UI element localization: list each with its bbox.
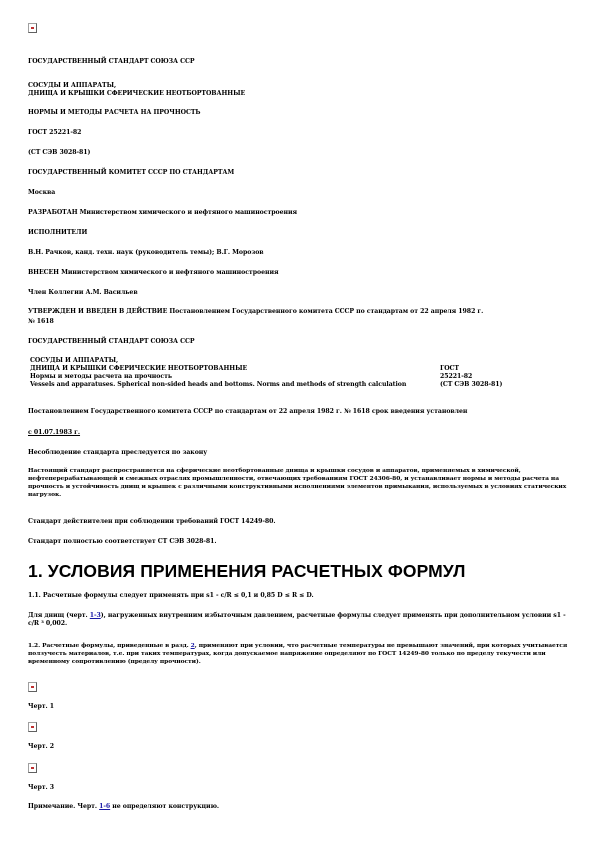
introduced-by: ВНЕСЕН Министерством химического и нефтя…	[28, 269, 279, 277]
broken-image-icon	[28, 763, 37, 773]
developed-text: Министерством химического и нефтяного ма…	[80, 209, 297, 216]
paragraph-1-1b: Для днищ (черт. 1-3), нагруженных внутре…	[28, 612, 568, 628]
stamp-title-line-3: Нормы и методы расчета на прочность	[30, 373, 430, 381]
note-pre: Примечание. Черт.	[28, 803, 99, 810]
figure-caption-1: Черт. 1	[28, 703, 54, 711]
decree-text: Постановлением Государственного комитета…	[28, 408, 467, 416]
title-line-2: ДНИЩА И КРЫШКИ СФЕРИЧЕСКИЕ НЕОТБОРТОВАНН…	[28, 90, 245, 98]
p1-1b-post: ), нагруженных внутренним избыточным дав…	[28, 612, 566, 627]
committee-name: ГОСУДАРСТВЕННЫЙ КОМИТЕТ СССР ПО СТАНДАРТ…	[28, 169, 234, 177]
paragraph-1-2: 1.2. Расчетные формулы, приведенные в ра…	[28, 642, 568, 666]
introduced-text: Министерством химического и нефтяного ма…	[61, 269, 278, 276]
stamp-gost-label: ГОСТ	[440, 365, 560, 373]
introduced-label: ВНЕСЕН	[28, 269, 59, 276]
note-line: Примечание. Черт. 1-6 не определяют конс…	[28, 803, 219, 811]
st-sev-number: (СТ СЭВ 3028-81)	[28, 149, 90, 157]
title-line-3: НОРМЫ И МЕТОДЫ РАСЧЕТА НА ПРОЧНОСТЬ	[28, 109, 200, 117]
p1-1b-pre: Для днищ (черт.	[28, 612, 90, 619]
developed-by: РАЗРАБОТАН Министерством химического и н…	[28, 209, 297, 217]
paragraph-1-1: 1.1. Расчетные формулы следует применять…	[28, 592, 314, 600]
figure-link-1-3[interactable]: 1-3	[90, 612, 101, 619]
p1-2-pre: 1.2. Расчетные формулы, приведенные в ра…	[28, 642, 191, 649]
effective-date: с 01.07.1983 г.	[28, 429, 80, 437]
broken-image-icon	[28, 722, 37, 732]
stamp-left: СОСУДЫ И АППАРАТЫ, ДНИЩА И КРЫШКИ СФЕРИЧ…	[30, 357, 430, 389]
section-1-heading: 1. УСЛОВИЯ ПРИМЕНЕНИЯ РАСЧЕТНЫХ ФОРМУЛ	[28, 561, 466, 581]
developed-label: РАЗРАБОТАН	[28, 209, 78, 216]
city: Москва	[28, 189, 55, 197]
board-member: Член Коллегии А.М. Васильев	[28, 289, 138, 297]
title-line-1: СОСУДЫ И АППАРАТЫ,	[28, 82, 116, 90]
prosecution-text: Несоблюдение стандарта преследуется по з…	[28, 449, 207, 457]
stamp-right: ГОСТ 25221-82 (СТ СЭВ 3028-81)	[440, 365, 560, 389]
stamp-title-en: Vessels and apparatuses. Spherical non-s…	[30, 381, 430, 389]
broken-image-icon	[28, 682, 37, 692]
broken-image-icon	[28, 23, 37, 33]
executors-text: В.Н. Рачков, канд. техн. наук (руководит…	[28, 249, 264, 257]
figure-caption-2: Черт. 2	[28, 743, 54, 751]
approved-number: № 1618	[28, 318, 54, 326]
gost-number: ГОСТ 25221-82	[28, 129, 81, 137]
approved-label: УТВЕРЖДЕН И ВВЕДЕН В ДЕЙСТВИЕ	[28, 308, 167, 315]
conformity-sev: Стандарт полностью соответствует СТ СЭВ …	[28, 538, 217, 546]
stamp-title-line-1: СОСУДЫ И АППАРАТЫ,	[30, 357, 430, 365]
approved-text: Постановлением Государственного комитета…	[169, 308, 483, 315]
stamp-gost-number: 25221-82	[440, 373, 560, 381]
stamp-st-sev: (СТ СЭВ 3028-81)	[440, 381, 560, 389]
figure-caption-3: Черт. 3	[28, 784, 54, 792]
stamp-state-standard: ГОСУДАРСТВЕННЫЙ СТАНДАРТ СОЮЗА ССР	[28, 338, 195, 346]
state-standard-label: ГОСУДАРСТВЕННЫЙ СТАНДАРТ СОЮЗА ССР	[28, 58, 195, 66]
scope-paragraph: Настоящий стандарт распространяется на с…	[28, 467, 568, 499]
approved-line: УТВЕРЖДЕН И ВВЕДЕН В ДЕЙСТВИЕ Постановле…	[28, 308, 483, 316]
conformity-gost: Стандарт действителен при соблюдении тре…	[28, 518, 276, 526]
figure-link-1-6[interactable]: 1-6	[99, 803, 110, 810]
executors-label: ИСПОЛНИТЕЛИ	[28, 229, 87, 237]
stamp-title-line-2: ДНИЩА И КРЫШКИ СФЕРИЧЕСКИЕ НЕОТБОРТОВАНН…	[30, 365, 430, 373]
note-post: не определяют конструкцию.	[110, 803, 219, 810]
